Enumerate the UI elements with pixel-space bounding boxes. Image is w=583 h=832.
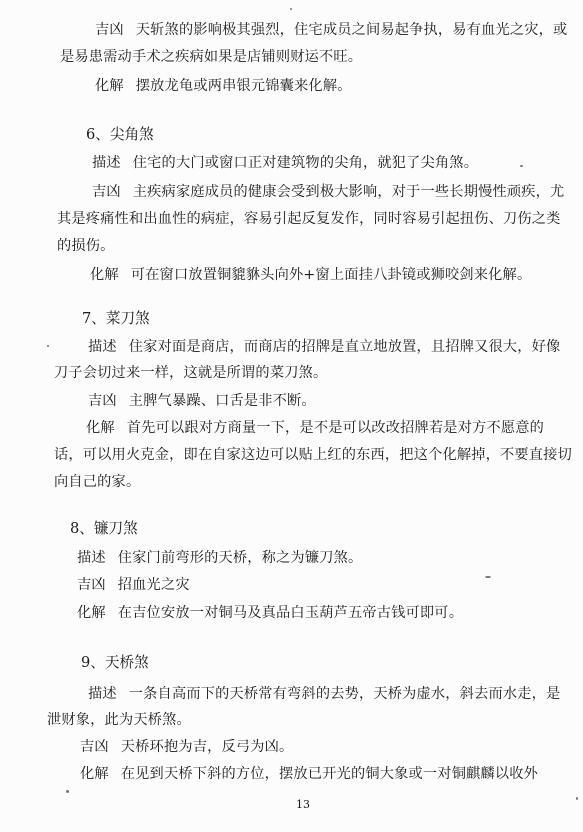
page-number: 13 [296, 798, 310, 811]
jixiong-text: 招血光之灾 [118, 577, 190, 593]
jixiong-label: 吉凶 [88, 391, 117, 411]
huajie-line: 化解在吉位安放一对铜马及真品白玉葫芦五帝古钱可即可。 [77, 603, 463, 623]
jixiong-label: 吉凶 [92, 182, 121, 202]
huajie-line: 化解可在窗口放置铜貔貅头向外+窗上面挂八卦镜或狮咬剑来化解。 [90, 265, 531, 285]
jixiong-text: 天斩煞的影响极其强烈，住宅成员之间易起争执，易有血光之灾，或 [136, 22, 568, 38]
jixiong-line: 吉凶天桥环抱为吉，反弓为凶。 [80, 737, 293, 757]
huajie-label: 化解 [95, 76, 124, 96]
huajie-label: 化解 [90, 265, 119, 285]
huajie-label: 化解 [80, 764, 109, 784]
jixiong-text: 天桥环抱为吉，反弓为凶。 [121, 739, 294, 755]
jixiong-line: 吉凶天斩煞的影响极其强烈，住宅成员之间易起争执，易有血光之灾，或 [95, 20, 567, 40]
section-heading-9: 9、天桥煞 [81, 653, 149, 673]
scan-speck [290, 8, 292, 10]
huajie-text: 在见到天桥下斜的方位，摆放已开光的铜大象或一对铜麒麟以收外 [121, 766, 538, 782]
miaoshu-text: 一条自高而下的天桥常有弯斜的去势，天桥为虚水，斜去而水走，是 [129, 686, 561, 702]
miaoshu-label: 描述 [88, 337, 117, 357]
scan-speck [485, 576, 491, 578]
jixiong-label: 吉凶 [95, 20, 124, 40]
huajie-text: 在吉位安放一对铜马及真品白玉葫芦五帝古钱可即可。 [118, 605, 463, 621]
miaoshu-continuation: 刀子会切过来一样，这就是所谓的菜刀煞。 [54, 363, 327, 383]
miaoshu-text: 住宅的大门或窗口正对建筑物的尖角，就犯了尖角煞。 [133, 155, 478, 171]
huajie-line: 化解首先可以跟对方商量一下，是不是可以改改招牌若是对方不愿意的 [86, 418, 544, 438]
scan-speck [66, 790, 69, 793]
jixiong-text: 主疾病家庭成员的健康会受到极大影响，对于一些长期慢性顽疾，尤 [133, 184, 565, 200]
miaoshu-line: 描述住家对面是商店，而商店的招牌是直立地放置，且招牌又很大，好像 [88, 337, 560, 357]
scan-speck [576, 797, 578, 800]
miaoshu-continuation: 泄财象，此为天桥煞。 [47, 710, 191, 730]
jixiong-line: 吉凶主脾气暴躁、口舌是非不断。 [88, 391, 316, 411]
jixiong-continuation: 是易患需动手术之疾病如果是店铺则财运不旺。 [60, 47, 362, 67]
jixiong-label: 吉凶 [77, 575, 106, 595]
miaoshu-label: 描述 [88, 684, 117, 704]
scan-speck [47, 345, 49, 347]
miaoshu-line: 描述一条自高而下的天桥常有弯斜的去势，天桥为虚水，斜去而水走，是 [88, 684, 560, 704]
document-page: 吉凶天斩煞的影响极其强烈，住宅成员之间易起争执，易有血光之灾，或 是易患需动手术… [0, 0, 583, 832]
jixiong-continuation: 其是疼痛性和出血性的病症，容易引起反复发作，同时容易引起扭伤、刀伤之类 [57, 209, 561, 229]
section-heading-6: 6、尖角煞 [86, 125, 154, 145]
jixiong-text: 主脾气暴躁、口舌是非不断。 [129, 393, 316, 409]
huajie-label: 化解 [77, 603, 106, 623]
section-heading-8: 8、镰刀煞 [70, 519, 138, 539]
jixiong-label: 吉凶 [80, 737, 109, 757]
miaoshu-text: 住家门前弯形的天桥，称之为镰刀煞。 [118, 550, 363, 566]
miaoshu-line: 描述住家门前弯形的天桥，称之为镰刀煞。 [77, 548, 362, 568]
huajie-line: 化解在见到天桥下斜的方位，摆放已开光的铜大象或一对铜麒麟以收外 [80, 764, 538, 784]
huajie-text: 可在窗口放置铜貔貅头向外+窗上面挂八卦镜或狮咬剑来化解。 [131, 267, 532, 283]
huajie-continuation: 话，可以用火克金，即在自家这边可以贴上红的东西，把这个化解掉，不要直接切 [54, 445, 572, 465]
miaoshu-line: 描述住宅的大门或窗口正对建筑物的尖角，就犯了尖角煞。 [92, 153, 478, 173]
huajie-label: 化解 [86, 418, 115, 438]
huajie-text: 首先可以跟对方商量一下，是不是可以改改招牌若是对方不愿意的 [127, 420, 544, 436]
huajie-continuation: 向自己的家。 [54, 472, 140, 492]
miaoshu-text: 住家对面是商店，而商店的招牌是直立地放置，且招牌又很大，好像 [129, 339, 561, 355]
scan-speck [520, 165, 523, 167]
section-heading-7: 7、菜刀煞 [82, 309, 150, 329]
jixiong-continuation: 的损伤。 [57, 236, 115, 256]
miaoshu-label: 描述 [92, 153, 121, 173]
jixiong-line: 吉凶招血光之灾 [77, 575, 190, 595]
miaoshu-label: 描述 [77, 548, 106, 568]
huajie-text: 摆放龙龟或两串银元锦囊来化解。 [136, 78, 352, 94]
huajie-line: 化解摆放龙龟或两串银元锦囊来化解。 [95, 76, 352, 96]
jixiong-line: 吉凶主疾病家庭成员的健康会受到极大影响，对于一些长期慢性顽疾，尤 [92, 182, 564, 202]
